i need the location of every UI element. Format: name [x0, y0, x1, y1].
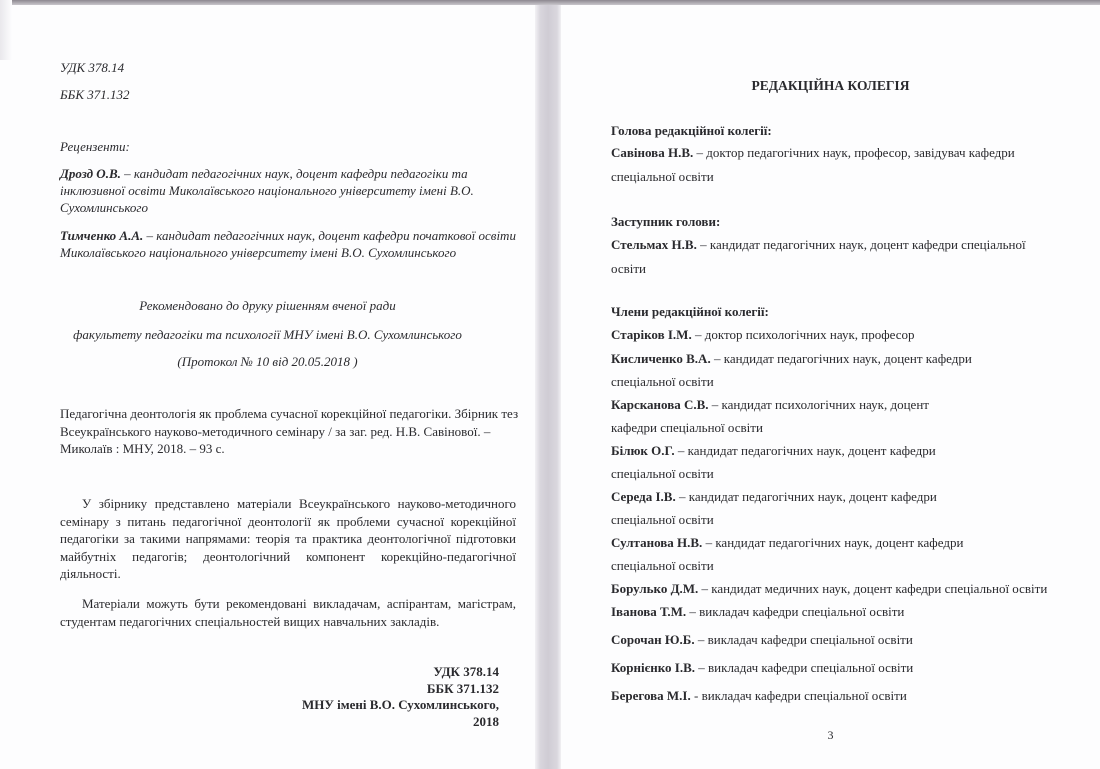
- member-entry: Білюк О.Г. – кандидат педагогічних наук,…: [611, 443, 936, 459]
- bbk-code: ББК 371.132: [60, 87, 129, 103]
- members-label: Члени редакційної колегії:: [611, 304, 769, 320]
- udk-code: УДК 378.14: [60, 60, 124, 76]
- member-entry: Іванова Т.М. – викладач кафедри спеціаль…: [611, 604, 904, 620]
- member-name: Корнієнко І.В.: [611, 660, 695, 675]
- member-description: – кандидат педагогічних наук, доцент каф…: [697, 237, 1026, 252]
- imprint-block: УДК 378.14 ББК 371.132 МНУ імені В.О. Су…: [302, 664, 499, 730]
- member-description: – кандидат психологічних наук, доцент: [709, 397, 929, 412]
- member-name: Берегова М.І.: [611, 688, 691, 703]
- imprint-publisher: МНУ імені В.О. Сухомлинського,: [302, 697, 499, 714]
- member-entry: Карсканова С.В. – кандидат психологічних…: [611, 397, 929, 413]
- member-description: - викладач кафедри спеціальної освіти: [691, 688, 907, 703]
- page-number: 3: [561, 728, 1100, 743]
- reviewer-entry: Дрозд О.В. – кандидат педагогічних наук,…: [60, 165, 520, 216]
- member-description: – кандидат педагогічних наук, доцент каф…: [702, 535, 963, 550]
- member-description: – викладач кафедри спеціальної освіти: [695, 632, 913, 647]
- chair-label: Голова редакційної колегії:: [611, 123, 772, 139]
- member-entry-continued: кафедри спеціальної освіти: [611, 420, 763, 436]
- member-description: – кандидат педагогічних наук, доцент каф…: [676, 489, 937, 504]
- member-entry-continued: спеціальної освіти: [611, 558, 714, 574]
- member-name: Кисличенко В.А.: [611, 351, 711, 366]
- imprint-bbk: ББК 371.132: [302, 681, 499, 698]
- deputy-label: Заступник голови:: [611, 214, 720, 230]
- member-entry-continued: спеціальної освіти: [611, 512, 714, 528]
- member-name: Старіков І.М.: [611, 327, 692, 342]
- recommendation-line: Рекомендовано до друку рішенням вченої р…: [0, 298, 535, 314]
- member-entry: Кисличенко В.А. – кандидат педагогічних …: [611, 351, 972, 367]
- member-entry: Корнієнко І.В. – викладач кафедри спеціа…: [611, 660, 913, 676]
- member-description: – викладач кафедри спеціальної освіти: [686, 604, 904, 619]
- member-entry: Старіков І.М. – доктор психологічних нау…: [611, 327, 915, 343]
- member-name: Карсканова С.В.: [611, 397, 709, 412]
- chair-entry-continued: спеціальної освіти: [611, 169, 714, 185]
- right-page: РЕДАКЦІЙНА КОЛЕГІЯ Голова редакційної ко…: [561, 5, 1100, 769]
- reviewer-name: Дрозд О.В.: [60, 166, 121, 181]
- member-name: Білюк О.Г.: [611, 443, 675, 458]
- abstract-paragraph: Матеріали можуть бути рекомендовані викл…: [60, 595, 516, 630]
- reviewers-label: Рецензенти:: [60, 139, 130, 155]
- reviewer-description: – кандидат педагогічних наук, доцент каф…: [60, 166, 474, 215]
- reviewer-name: Тимченко А.А.: [60, 228, 143, 243]
- member-entry: Сорочан Ю.Б. – викладач кафедри спеціаль…: [611, 632, 913, 648]
- member-entry-continued: спеціальної освіти: [611, 374, 714, 390]
- recommendation-line: факультету педагогіки та психології МНУ …: [0, 327, 535, 343]
- member-entry: Борулько Д.М. – кандидат медичних наук, …: [611, 581, 1047, 597]
- member-name: Савінова Н.В.: [611, 145, 693, 160]
- member-description: – викладач кафедри спеціальної освіти: [695, 660, 913, 675]
- bibliographic-entry: Педагогічна деонтологія як проблема суча…: [60, 405, 520, 458]
- book-gutter: [535, 5, 561, 769]
- member-entry: Середа І.В. – кандидат педагогічних наук…: [611, 489, 937, 505]
- member-entry: Берегова М.І. - викладач кафедри спеціал…: [611, 688, 907, 704]
- imprint-udk: УДК 378.14: [302, 664, 499, 681]
- deputy-entry: Стельмах Н.В. – кандидат педагогічних на…: [611, 237, 1026, 253]
- protocol-line: (Протокол № 10 від 20.05.2018 ): [0, 354, 535, 370]
- abstract-paragraph: У збірнику представлено матеріали Всеукр…: [60, 495, 516, 583]
- member-name: Сорочан Ю.Б.: [611, 632, 695, 647]
- member-description: – кандидат педагогічних наук, доцент каф…: [711, 351, 972, 366]
- member-name: Середа І.В.: [611, 489, 676, 504]
- member-name: Стельмах Н.В.: [611, 237, 697, 252]
- member-description: – кандидат педагогічних наук, доцент каф…: [675, 443, 936, 458]
- reviewer-entry: Тимченко А.А. – кандидат педагогічних на…: [60, 227, 520, 261]
- member-entry-continued: спеціальної освіти: [611, 466, 714, 482]
- imprint-year: 2018: [302, 714, 499, 731]
- member-name: Іванова Т.М.: [611, 604, 686, 619]
- member-name: Борулько Д.М.: [611, 581, 698, 596]
- member-description: – кандидат медичних наук, доцент кафедри…: [698, 581, 1047, 596]
- member-description: – доктор психологічних наук, професор: [692, 327, 915, 342]
- member-entry: Султанова Н.В. – кандидат педагогічних н…: [611, 535, 963, 551]
- chair-entry: Савінова Н.В. – доктор педагогічних наук…: [611, 145, 1015, 161]
- left-page: УДК 378.14 ББК 371.132 Рецензенти: Дрозд…: [0, 5, 535, 769]
- member-name: Султанова Н.В.: [611, 535, 702, 550]
- page-title: РЕДАКЦІЙНА КОЛЕГІЯ: [561, 78, 1100, 94]
- deputy-entry-continued: освіти: [611, 261, 646, 277]
- member-description: – доктор педагогічних наук, професор, за…: [693, 145, 1015, 160]
